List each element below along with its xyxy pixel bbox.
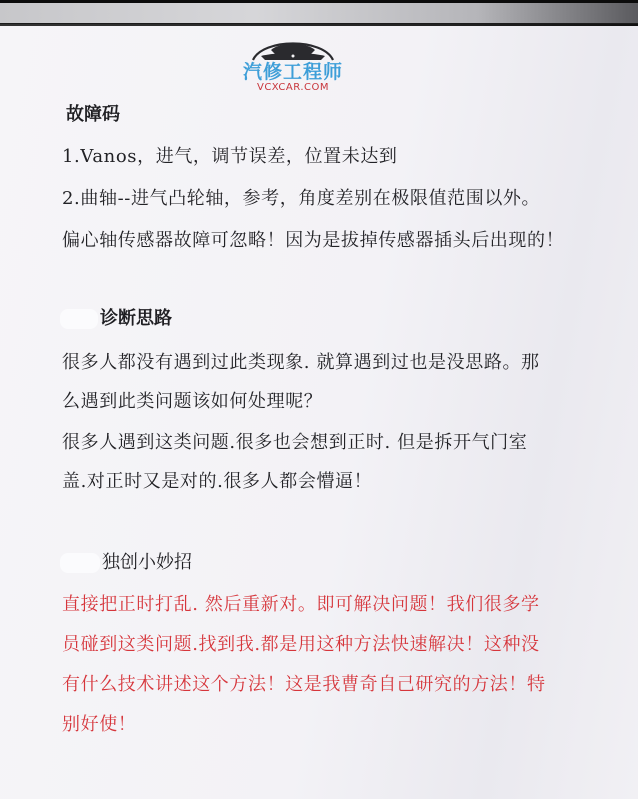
scanned-page: 汽修工程师 VCXCAR.COM 故障码 1.Vanos，进气，调节误差，位置未… bbox=[0, 0, 638, 799]
section-heading-tip: 独创小妙招 bbox=[66, 552, 192, 574]
tip-line: 别好使！ bbox=[62, 714, 136, 736]
fault-code-note: 偏心轴传感器故障可忽略！因为是拔掉传感器插头后出现的！ bbox=[62, 230, 564, 252]
tip-line: 直接把正时打乱. 然后重新对。即可解决问题！我们很多学 bbox=[62, 594, 540, 616]
fault-code-line: 1.Vanos，进气，调节误差，位置未达到 bbox=[62, 146, 398, 168]
section-heading-text: 诊断思路 bbox=[100, 308, 172, 329]
diagnosis-line: 很多人都没有遇到过此类现象. 就算遇到过也是没思路。那 bbox=[62, 352, 540, 374]
redaction-mark bbox=[60, 553, 100, 573]
tip-line: 员碰到这类问题.找到我.都是用这种方法快速解决！这种没 bbox=[62, 634, 540, 656]
fault-code-line: 2.曲轴--进气凸轮轴，参考，角度差别在极限值范围以外。 bbox=[62, 188, 540, 210]
diagnosis-line: 么遇到此类问题该如何处理呢？ bbox=[62, 391, 322, 413]
section-heading-text: 独创小妙招 bbox=[102, 552, 192, 573]
scanner-edge bbox=[0, 0, 638, 26]
redaction-mark bbox=[60, 309, 98, 329]
diagnosis-line: 很多人遇到这类问题.很多也会想到正时. 但是拆开气门室 bbox=[62, 432, 527, 454]
tip-line: 有什么技术讲述这个方法！这是我曹奇自己研究的方法！特 bbox=[62, 674, 546, 696]
watermark-logo: 汽修工程师 VCXCAR.COM bbox=[228, 32, 358, 94]
watermark-brand-en: VCXCAR.COM bbox=[228, 82, 358, 93]
diagnosis-line: 盖.对正时又是对的.很多人都会懵逼！ bbox=[62, 471, 372, 493]
car-front-icon bbox=[245, 32, 341, 62]
section-heading-fault-codes: 故障码 bbox=[66, 104, 120, 126]
section-heading-diagnosis: 诊断思路 bbox=[66, 308, 172, 330]
watermark-brand-cn: 汽修工程师 bbox=[228, 62, 358, 82]
